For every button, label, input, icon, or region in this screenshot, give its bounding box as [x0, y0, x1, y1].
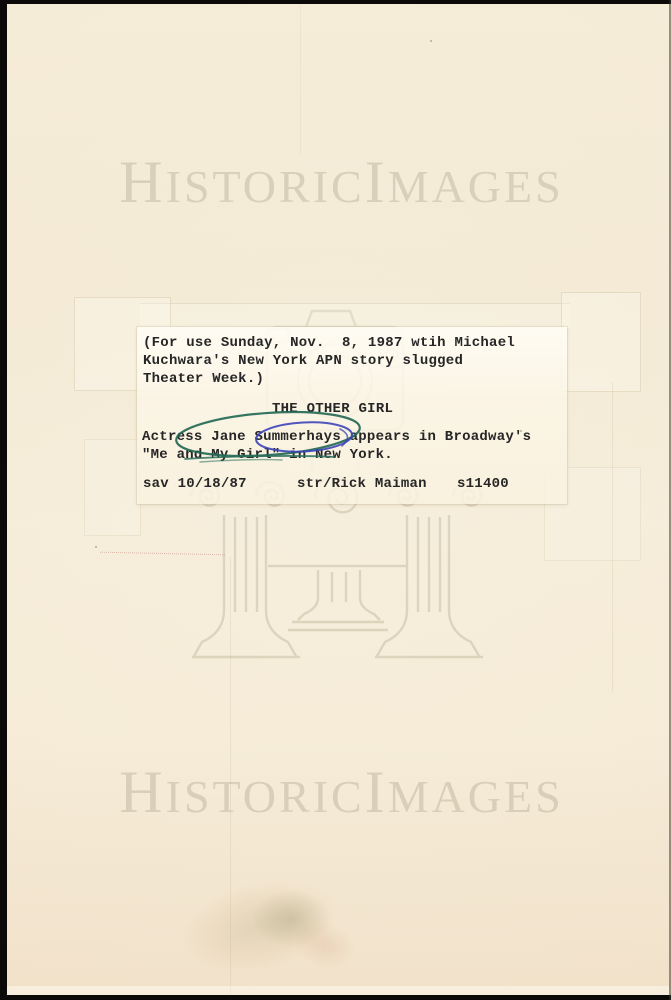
- tape-strip: [562, 293, 640, 391]
- watermark-letter: H: [119, 762, 165, 822]
- caption-line-3: Theater Week.): [143, 371, 264, 387]
- paper-crease: [230, 556, 231, 1000]
- press-photo-back-scan: HISTORICIMAGES: [0, 0, 671, 1000]
- caption-label: (For use Sunday, Nov. 8, 1987 wtih Micha…: [137, 327, 567, 504]
- credit-date: sav 10/18/87: [143, 476, 247, 492]
- paper-crease: [612, 382, 613, 692]
- caption-body-line-2: "Me and My Girl" in New York.: [142, 447, 393, 463]
- historicimages-watermark-bottom: HISTORICIMAGES: [6, 762, 671, 822]
- credit-photographer: str/Rick Maiman: [297, 476, 427, 492]
- paper-edge-highlight: [7, 986, 669, 995]
- caption-line-2: Kuchwara's New York APN story slugged: [143, 353, 463, 369]
- scan-edge-left: [0, 0, 7, 1000]
- credit-id-number: s11400: [457, 476, 509, 492]
- paper-crease: [300, 4, 301, 154]
- tape-strip: [140, 303, 570, 329]
- scan-edge-bottom: [0, 995, 671, 1000]
- paper-speck: [95, 546, 97, 548]
- paper-speck: [430, 40, 432, 42]
- caption-body-line-1: Actress Jane Summerhays appears in Broad…: [142, 429, 531, 445]
- caption-line-1: (For use Sunday, Nov. 8, 1987 wtih Micha…: [143, 335, 515, 351]
- paper-speck: [520, 430, 522, 432]
- tape-strip: [85, 440, 140, 535]
- scan-edge-top: [0, 0, 671, 4]
- caption-heading: THE OTHER GIRL: [272, 401, 393, 417]
